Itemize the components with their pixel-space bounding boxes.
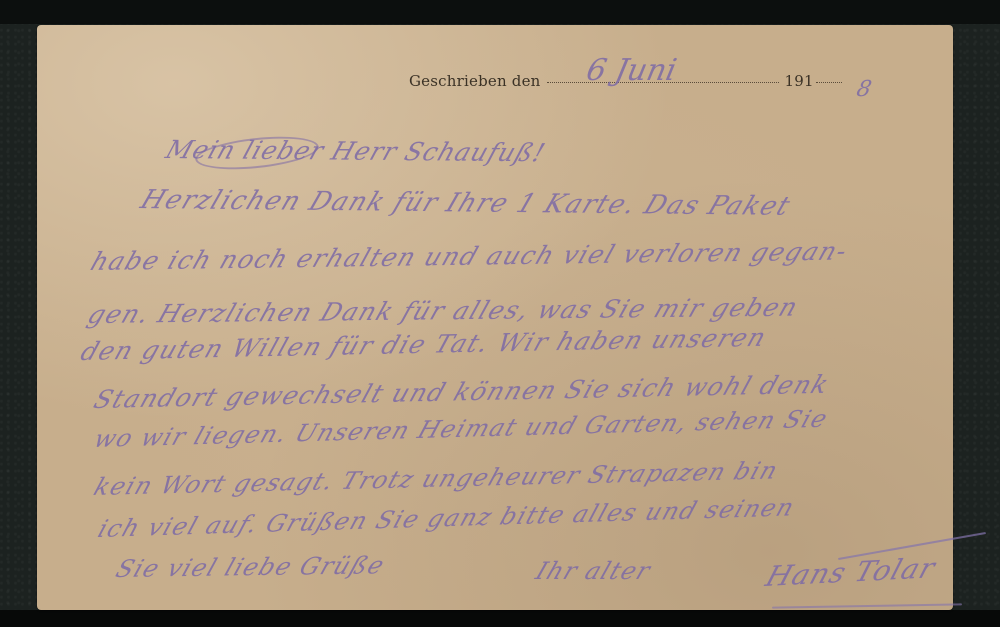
signature-underline bbox=[772, 603, 962, 608]
salutation: Mein lieber Herr Schaufuß! bbox=[162, 135, 549, 167]
signature: Hans Tolar bbox=[762, 551, 940, 593]
year-dotted-line bbox=[816, 81, 842, 83]
postcard: Geschrieben den 191 6 Juni 8 Mein lieber… bbox=[37, 25, 953, 610]
letter-line: Sie viel liebe Grüße bbox=[112, 551, 389, 583]
letter-line: Herzlichen Dank für Ihre 1 Karte. Das Pa… bbox=[136, 185, 795, 222]
printed-year-prefix: 191 bbox=[785, 72, 814, 90]
closing: Ihr alter bbox=[532, 557, 655, 585]
letter-line: kein Wort gesagt. Trotz ungeheurer Strap… bbox=[90, 456, 782, 501]
handwritten-year-suffix: 8 bbox=[854, 77, 873, 102]
letter-line: habe ich noch erhalten und auch viel ver… bbox=[87, 237, 852, 276]
scan-bottom-edge bbox=[0, 610, 1000, 627]
printed-date-label: Geschrieben den bbox=[409, 72, 541, 90]
letter-line: wo wir liegen. Unseren Heimat und Garten… bbox=[90, 405, 832, 453]
letter-line: ich viel auf. Grüßen Sie ganz bitte alle… bbox=[94, 493, 798, 543]
letter-line: den guten Willen für die Tat. Wir haben … bbox=[77, 323, 771, 366]
handwritten-date: 6 Juni bbox=[583, 53, 679, 88]
scan-top-edge bbox=[0, 0, 1000, 24]
